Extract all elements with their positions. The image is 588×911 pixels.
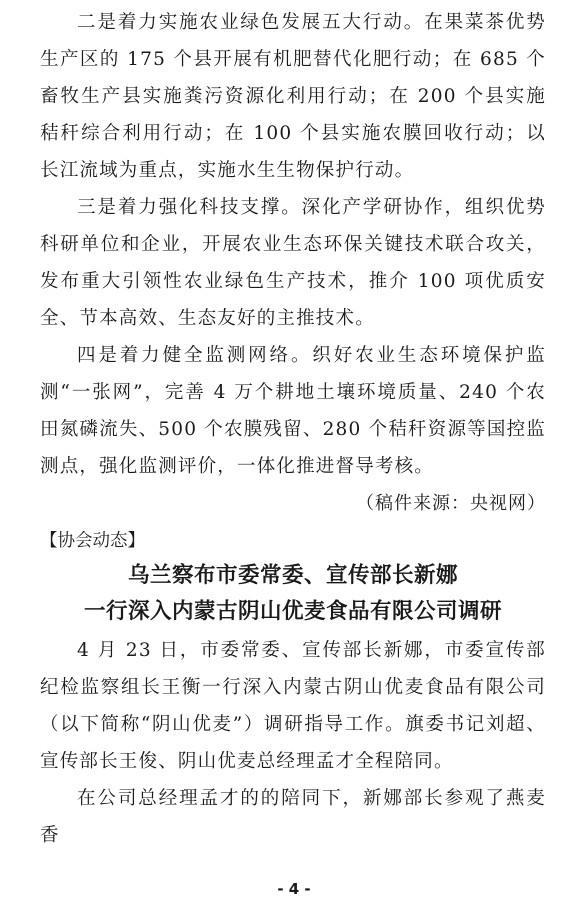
- paragraph-tech-support: 三是着力强化科技支撑。深化产学研协作，组织优势科研单位和企业，开展农业生态环保关…: [40, 189, 546, 337]
- section-tag: 【协会动态】: [40, 524, 546, 558]
- article-paragraph-2: 在公司总经理孟才的的陪同下，新娜部长参观了燕麦香: [40, 780, 546, 854]
- article-title-line-1: 乌兰察布市委常委、宣传部长新娜: [40, 558, 546, 594]
- article-title-line-2: 一行深入内蒙古阴山优麦食品有限公司调研: [40, 594, 546, 630]
- page-number: - 4 -: [0, 880, 588, 898]
- article-paragraph-1: 4 月 23 日，市委常委、宣传部长新娜，市委宣传部纪检监察组长王衡一行深入内蒙…: [40, 632, 546, 780]
- paragraph-monitoring-network: 四是着力健全监测网络。织好农业生态环境保护监测“一张网”，完善 4 万个耕地土壤…: [40, 337, 546, 485]
- document-page: 二是着力实施农业绿色发展五大行动。在果菜茶优势生产区的 175 个县开展有机肥替…: [40, 0, 546, 854]
- article-source: （稿件来源：央视网）: [40, 485, 546, 522]
- paragraph-green-development-actions: 二是着力实施农业绿色发展五大行动。在果菜茶优势生产区的 175 个县开展有机肥替…: [40, 0, 546, 189]
- article-title: 乌兰察布市委常委、宣传部长新娜 一行深入内蒙古阴山优麦食品有限公司调研: [40, 558, 546, 630]
